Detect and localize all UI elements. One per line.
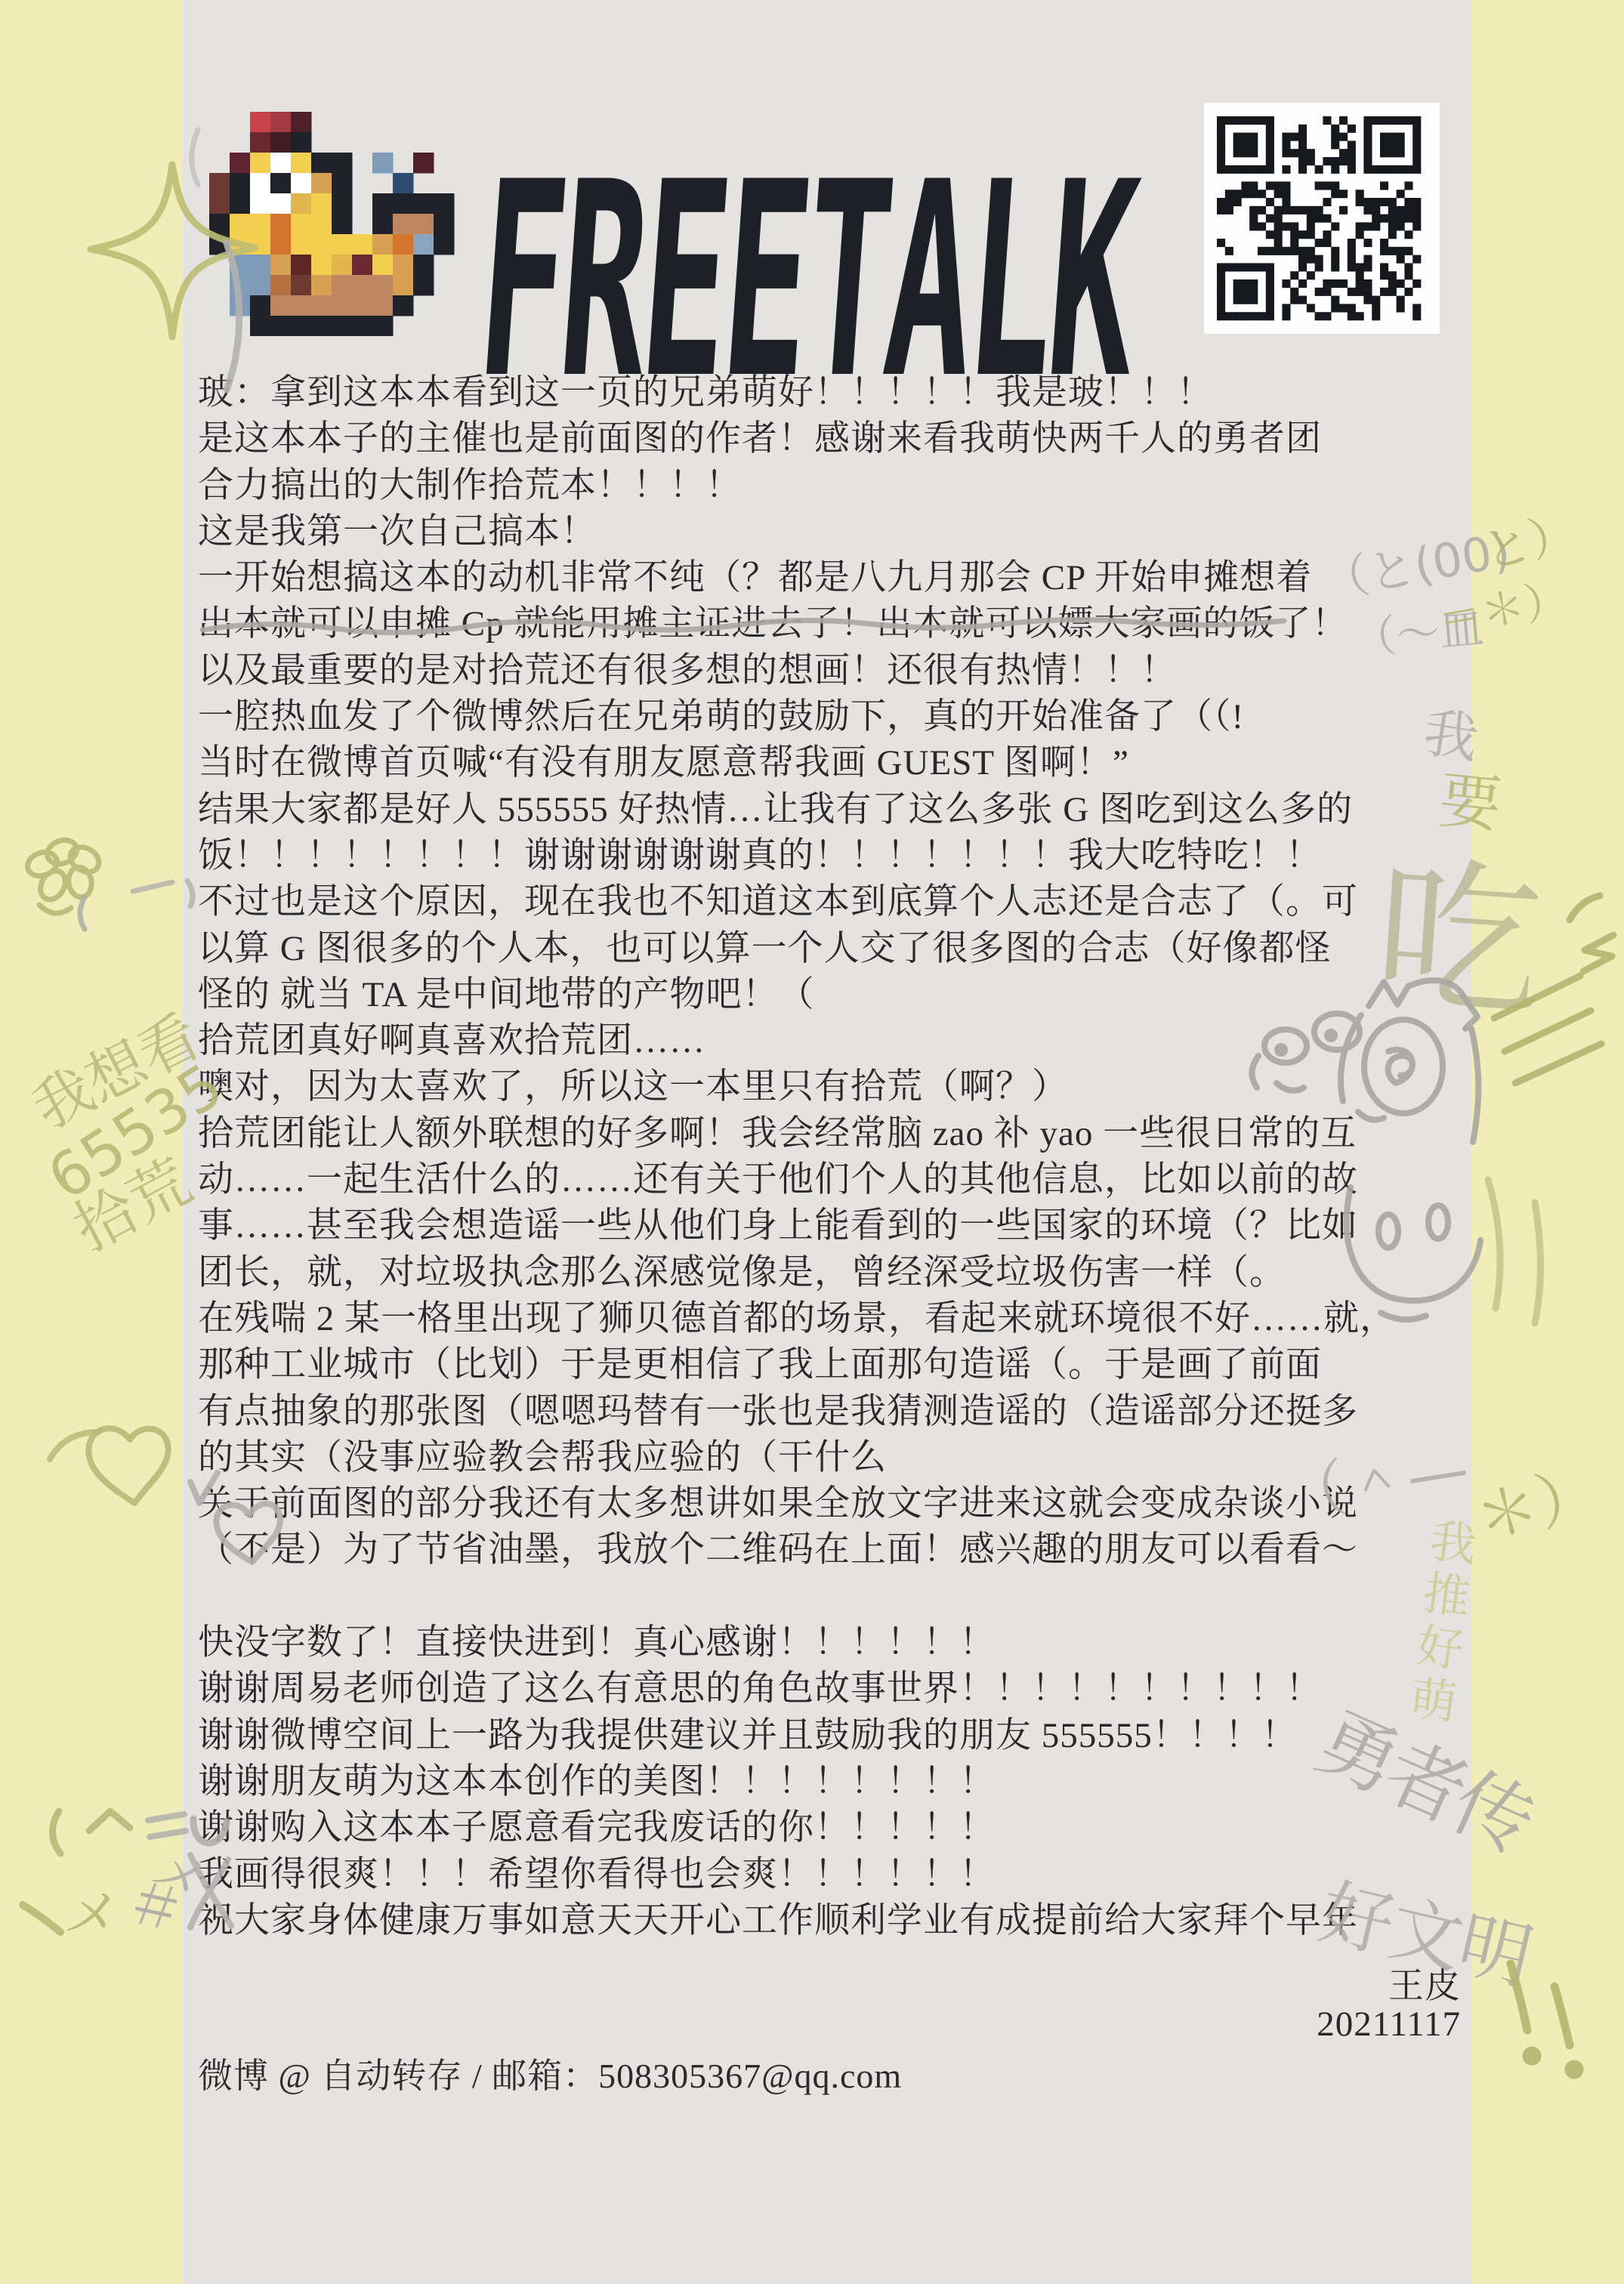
margin-kaomoji-wink-right: ＊） <box>1465 1443 1607 1558</box>
text-line: 一开始想搞这本的动机非常不纯（？都是八九月那会 CP 开始申摊想着 <box>198 555 1459 601</box>
margin-scribble-x1: メ <box>60 1866 126 1953</box>
signature: 王皮 <box>198 1958 1461 2008</box>
freetalk-text-block: 玻：拿到这本本看到这一页的兄弟萌好！！！！！我是玻！！！是这本本子的主催也是前面… <box>198 370 1459 1944</box>
text-line: 的其实（没事应验教会帮我应验的（干什么 <box>198 1435 1459 1481</box>
text-line: 快没字数了！直接快进到！真心感谢！！！！！！ <box>198 1620 1459 1666</box>
margin-note-scavenge: 拾荒 <box>56 1134 203 1267</box>
doujinshi-freetalk-page: { "header": { "logo_text": "FREETALK", "… <box>0 0 1624 2284</box>
pixel-chicken-logo-icon <box>209 112 495 336</box>
text-line: 团长，就，对垃圾执念那么深感觉像是，曾经深受垃圾伤害一样（。 <box>198 1250 1459 1296</box>
speed-lines-doodle-icon <box>1494 896 1613 1083</box>
text-line: 当时在微博首页喊“有没有朋友愿意帮我画 GUEST 图啊！” <box>198 740 1459 786</box>
text-line: 噢对，因为太喜欢了，所以这一本里只有拾荒（啊？） <box>198 1064 1459 1110</box>
text-line: 以算 G 图很多的个人本，也可以算一个人交了很多图的合志（好像都怪 <box>198 926 1459 972</box>
text-line: 在残喘 2 某一格里出现了狮贝德首都的场景，看起来就环境很不好……就， <box>198 1296 1459 1342</box>
text-line: 这是我第一次自己搞本！ <box>198 509 1459 555</box>
text-line: 祝大家身体健康万事如意天天开心工作顺利学业有成提前给大家拜个早年 <box>198 1898 1459 1944</box>
text-line: 结果大家都是好人 555555 好热情…让我有了这么多张 G 图吃到这么多的 <box>198 787 1459 833</box>
text-line: 有点抽象的那张图（嗯嗯玛替有一张也是我猜测造谣的（造谣部分还挺多 <box>198 1389 1459 1435</box>
text-line: 谢谢周易老师创造了这么有意思的角色故事世界！！！！！！！！！！ <box>198 1666 1459 1712</box>
margin-kaomoji-snout-right: と） <box>1475 494 1582 582</box>
text-line: 饭！！！！！！！！谢谢谢谢谢谢真的！！！！！！！我大吃特吃！！ <box>198 833 1459 879</box>
contact-line: 微博 @ 自动转存 / 邮箱：508305367@qq.com <box>198 2048 902 2098</box>
qr-code-icon <box>1204 103 1440 334</box>
text-line <box>198 1574 1459 1620</box>
text-line: 不过也是这个原因，现在我也不知道这本到底算个人志还是合志了（。可 <box>198 879 1459 925</box>
text-line: 动……一起生活什么的……还有关于他们个人的其他信息，比如以前的故 <box>198 1157 1459 1203</box>
date: 20211117 <box>198 2004 1461 2045</box>
text-line: 谢谢购入这本本子愿意看完我废话的你！！！！！ <box>198 1805 1459 1851</box>
text-line: 合力搞出的大制作拾荒本！！！！ <box>198 463 1459 509</box>
text-line: 谢谢朋友萌为这本本创作的美图！！！！！！！！ <box>198 1759 1459 1805</box>
text-line: 拾荒团真好啊真喜欢拾荒团…… <box>198 1018 1459 1064</box>
text-line: 关于前面图的部分我还有太多想讲如果全放文字进来这就会变成杂谈小说 <box>198 1481 1459 1527</box>
text-line: 以及最重要的是对拾荒还有很多想的想画！还很有热情！！！ <box>198 648 1459 694</box>
heart-doodle-icon <box>88 1428 168 1503</box>
text-line: 一腔热血发了个微博然后在兄弟萌的鼓励下，真的开始准备了（（! <box>198 694 1459 740</box>
text-line: 怪的 就当 TA 是中间地带的产物吧！（ <box>198 972 1459 1018</box>
text-line: 出本就可以申摊 Cp 就能用摊主证进去了！出本就可以嫖大家画的饭了！ <box>198 601 1459 647</box>
flower-doodle-icon <box>24 836 103 904</box>
text-line: 我画得很爽！！！希望你看得也会爽！！！！！！ <box>198 1852 1459 1898</box>
text-line: 事……甚至我会想造谣一些从他们身上能看到的一些国家的环境（？比如 <box>198 1203 1459 1249</box>
exclamation-doodle-icon <box>1511 1964 1579 2075</box>
text-line: 拾荒团能让人额外联想的好多啊！我会经常脑 zao 补 yao 一些很日常的互 <box>198 1111 1459 1157</box>
text-line: 玻：拿到这本本看到这一页的兄弟萌好！！！！！我是玻！！！ <box>198 370 1459 416</box>
text-line: （不是）为了节省油墨，我放个二维码在上面！感兴趣的朋友可以看看～ <box>198 1527 1459 1573</box>
text-line: 谢谢微博空间上一路为我提供建议并且鼓励我的朋友 555555！！！！ <box>198 1713 1459 1759</box>
text-line: 那种工业城市（比划）于是更相信了我上面那句造谣（。于是画了前面 <box>198 1342 1459 1388</box>
text-line: 是这本本子的主催也是前面图的作者！感谢来看我萌快两千人的勇者团 <box>198 416 1459 462</box>
